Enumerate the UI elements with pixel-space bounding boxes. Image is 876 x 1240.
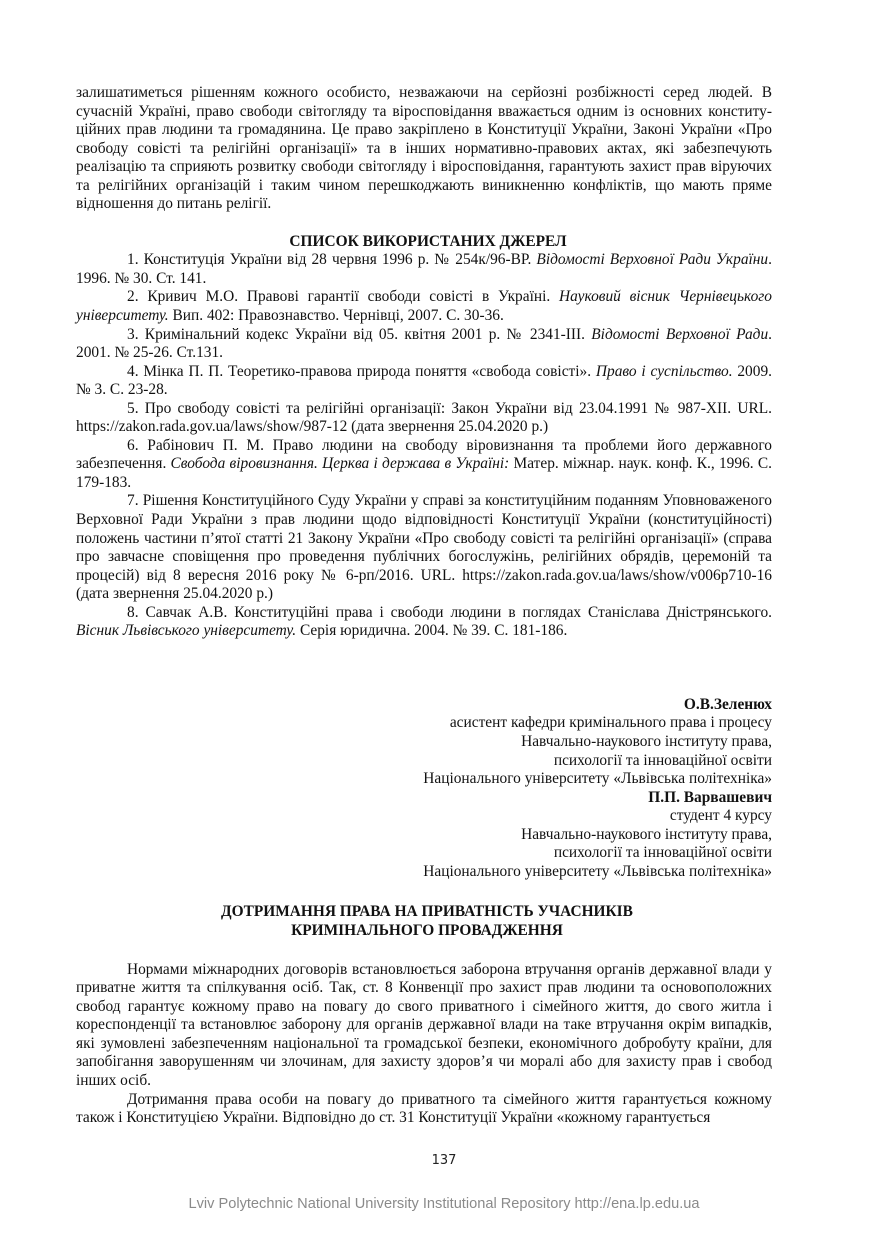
body-paragraph: Дотримання права особи на повагу до прив… xyxy=(76,1091,772,1128)
reference-item: 1. Конституція України від 28 червня 199… xyxy=(76,251,772,288)
reference-item: 7. Рішення Конституційного Суду України … xyxy=(76,492,772,603)
article-title: ДОТРИМАННЯ ПРАВА НА ПРИВАТНІСТЬ УЧАСНИКІ… xyxy=(76,903,772,939)
author: П.П. Варвашевич студент 4 курсу Навчальн… xyxy=(76,789,772,882)
intro-paragraph: залишатиметься рішенням кожного особисто… xyxy=(76,84,772,214)
article-title-line: КРИМІНАЛЬНОГО ПРОВАДЖЕННЯ xyxy=(82,922,772,940)
reference-source: Відомості Верховної Ради України xyxy=(536,251,768,268)
reference-text: 4. Мінка П. П. Теоретико-правова природа… xyxy=(127,363,596,380)
reference-source: Відомості Верховної Ради xyxy=(591,326,768,343)
reference-source: Право і суспільство. xyxy=(596,363,733,380)
author-affiliation: психології та інноваційної освіти xyxy=(76,844,772,863)
body-paragraph: Нормами міжнародних договорів встановлює… xyxy=(76,961,772,1091)
article-title-line: ДОТРИМАННЯ ПРАВА НА ПРИВАТНІСТЬ УЧАСНИКІ… xyxy=(82,903,772,921)
reference-text: 5. Про свободу совісті та релігійні орга… xyxy=(76,400,772,436)
reference-text: 7. Рішення Конституційного Суду України … xyxy=(76,492,772,602)
reference-text: 1. Конституція України від 28 червня 199… xyxy=(127,251,536,268)
reference-item: 8. Савчак А.В. Конституційні права і сво… xyxy=(76,604,772,641)
reference-source: Свобода віровизнання. Церква і держава в… xyxy=(171,455,510,472)
author: О.В.Зеленюх асистент кафедри кримінально… xyxy=(76,696,772,789)
reference-item: 3. Кримінальний кодекс України від 05. к… xyxy=(76,326,772,363)
reference-text: 8. Савчак А.В. Конституційні права і сво… xyxy=(127,604,772,621)
author-affiliation: Навчально-наукового інституту права, xyxy=(76,733,772,752)
page-number: 137 xyxy=(0,1153,876,1168)
reference-details: Серія юридична. 2004. № 39. С. 181-186. xyxy=(296,622,567,639)
author-affiliation: Навчально-наукового інституту права, xyxy=(76,826,772,845)
author-affiliation: Національного університету «Львівська по… xyxy=(76,863,772,882)
reference-text: 3. Кримінальний кодекс України від 05. к… xyxy=(127,326,591,343)
author-position: студент 4 курсу xyxy=(76,807,772,826)
reference-item: 2. Кривич М.О. Правові гарантії свободи … xyxy=(76,288,772,325)
author-affiliation: психології та інноваційної освіти xyxy=(76,752,772,771)
reference-item: 6. Рабінович П. М. Право людини на свобо… xyxy=(76,437,772,493)
article-body: Нормами міжнародних договорів встановлює… xyxy=(76,961,772,1128)
reference-text: 2. Кривич М.О. Правові гарантії свободи … xyxy=(127,288,559,305)
author-name: П.П. Варвашевич xyxy=(76,789,772,808)
references-list: 1. Конституція України від 28 червня 199… xyxy=(76,251,772,640)
author-position: асистент кафедри кримінального права і п… xyxy=(76,714,772,733)
document-page: залишатиметься рішенням кожного особисто… xyxy=(76,84,772,1128)
reference-item: 5. Про свободу совісті та релігійні орга… xyxy=(76,400,772,437)
author-affiliation: Національного університету «Львівська по… xyxy=(76,770,772,789)
repository-footer: Lviv Polytechnic National University Ins… xyxy=(0,1196,876,1212)
reference-details: Вип. 402: Правознавство. Чернівці, 2007.… xyxy=(169,307,504,324)
reference-item: 4. Мінка П. П. Теоретико-правова природа… xyxy=(76,363,772,400)
author-name: О.В.Зеленюх xyxy=(76,696,772,715)
author-block: О.В.Зеленюх асистент кафедри кримінально… xyxy=(76,696,772,881)
reference-source: Вісник Львівського університету. xyxy=(76,622,296,639)
references-heading: СПИСОК ВИКОРИСТАНИХ ДЖЕРЕЛ xyxy=(76,214,772,252)
